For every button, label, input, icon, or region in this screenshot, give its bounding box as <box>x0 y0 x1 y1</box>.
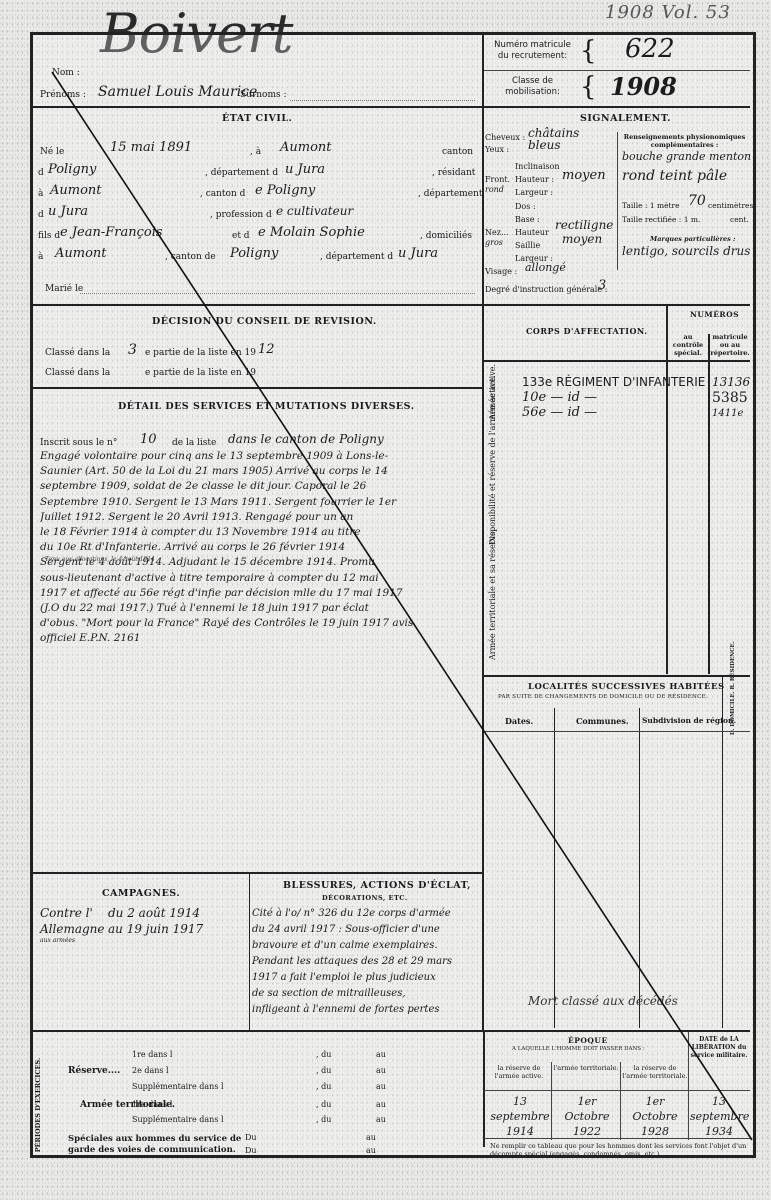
front-label: Front. <box>485 175 510 184</box>
corps-bottom-divider <box>484 675 750 677</box>
nez-item: Saillie <box>515 239 565 252</box>
du-label: , du <box>316 1066 331 1075</box>
services-divider <box>32 872 483 874</box>
service-line: sous-lieutenant d'active à titre tempora… <box>40 571 480 586</box>
classe-row2-label-b: e partie de la liste en 19 <box>145 368 256 378</box>
visage-label: Visage : <box>485 267 517 276</box>
blessure-line: Cité à l'o/ n° 326 du 12e corps d'armée <box>252 906 477 922</box>
nom-label: Nom : <box>52 68 80 78</box>
taille-label: Taille : 1 mètre <box>622 201 680 210</box>
residence-dept-value: u Jura <box>48 204 88 219</box>
etat-civil-divider <box>32 304 483 306</box>
canton-label: canton <box>442 147 473 157</box>
epoque-subtitle: A LAQUELLE L'HOMME DOIT PASSER DANS : <box>512 1046 645 1052</box>
inscrit-value: 10 <box>140 432 157 447</box>
canton-d-label: , canton d <box>200 189 245 199</box>
au-label: au <box>376 1082 386 1091</box>
front-sub: rond <box>485 185 504 194</box>
service-line: Juillet 1912. Sergent le 20 Avril 1913. … <box>40 510 480 525</box>
matricule-label: Numéro matricule du recrutement: <box>490 40 575 62</box>
blessures-title: BLESSURES, ACTIONS D'ÉCLAT, <box>283 880 471 891</box>
localites-header-divider <box>484 731 750 732</box>
periode-row: Du <box>245 1146 257 1155</box>
bottom-divider <box>32 1030 750 1032</box>
departement-d-label: , département d <box>320 252 393 262</box>
service-line: d'obus. "Mort pour la France" Rayé des C… <box>40 616 480 631</box>
service-line: Septembre 1910. Sergent le 13 Mars 1911.… <box>40 495 480 510</box>
residence-value: Aumont <box>50 183 102 198</box>
au-label: au <box>376 1115 386 1124</box>
matricule-row: 13136 <box>712 375 750 389</box>
fils-de-label: fils d <box>38 231 60 241</box>
classe-value: 1908 <box>610 72 677 101</box>
taille-rectifiee-unit: cent. <box>730 215 749 224</box>
residence-canton-value: e Poligny <box>255 183 315 198</box>
front-item: Largeur : <box>515 186 565 199</box>
father-value: e Jean-François <box>60 225 163 240</box>
epoque-bottom-divider <box>484 1138 750 1139</box>
epoque-val3: 1er Octobre 1928 <box>624 1094 686 1139</box>
birthplace-value: Aumont <box>280 140 332 155</box>
localites-col-communes: Communes. <box>576 716 629 726</box>
complementaires-value-1: bouche grande menton <box>622 150 751 163</box>
epoque-val4: 13 septembre 1934 <box>690 1094 748 1139</box>
matricule-row: 1411e <box>712 408 743 419</box>
campagnes-divider <box>249 874 250 1030</box>
marie-line <box>80 293 475 294</box>
campagne-line: Contre l' <box>40 906 93 920</box>
blessure-line: 1917 a fait l'emploi le plus judicieux <box>252 970 477 986</box>
epoque-col-divider <box>620 1062 621 1140</box>
epoque-note: Ne remplir ce tableau que pour les homme… <box>490 1142 748 1158</box>
territoriale-label: Armée territoriale et sa réserve. <box>488 550 497 660</box>
au-label: au <box>376 1050 386 1059</box>
header-divider <box>32 106 750 108</box>
epoque-col-divider <box>551 1062 552 1140</box>
epoque-title: ÉPOQUE <box>568 1036 608 1045</box>
service-line: Engagé volontaire pour cinq ans le 13 se… <box>40 449 480 464</box>
profession-label: , profession d <box>210 210 272 220</box>
au-label: au <box>366 1146 376 1155</box>
signalement-divider <box>617 132 618 270</box>
classe-row2-label: Classé dans la <box>45 368 110 378</box>
service-line: (J.O du 22 mai 1917.) Tué à l'ennemi le … <box>40 601 480 616</box>
localites-side-col: D. DOMICILE. R. RÉSIDENCE. <box>730 680 736 735</box>
col-controle: au contrôle spécial. <box>668 333 708 357</box>
conseil-title: DÉCISION DU CONSEIL DE REVISION. <box>152 316 377 327</box>
services-text: Engagé volontaire pour cinq ans le 13 se… <box>40 449 480 647</box>
service-line: officiel E.P.N. 2161 <box>40 631 480 646</box>
localites-title: LOCALITÉS SUCCESSIVES HABITÉES <box>528 682 725 692</box>
signalement-title: SIGNALEMENT. <box>580 113 671 124</box>
marques-value: lentigo, sourcils drus <box>622 244 750 258</box>
periodes-side-label: PÉRIODES D'EXERCICES. <box>34 1050 42 1160</box>
complementaires-label: Renseignements physionomiques complément… <box>622 133 747 149</box>
blessure-line: de sa section de mitrailleuses, <box>252 986 477 1002</box>
column-divider <box>482 34 484 1030</box>
blessure-line: bravoure et d'un calme exemplaires. <box>252 938 477 954</box>
cheveux-label: Cheveux : <box>485 133 525 142</box>
liste-label: de la liste <box>172 438 216 448</box>
periode-row: 2e dans l <box>132 1066 169 1075</box>
marie-label: Marié le <box>45 284 83 294</box>
periode-row: Supplémentaire dans l <box>132 1082 224 1091</box>
epoque-col-divider <box>688 1032 689 1140</box>
campagne-line: aux armées <box>40 937 75 944</box>
service-line: Saunier (Art. 50 de la Loi du 21 mars 19… <box>40 464 480 479</box>
service-line: le 18 Février 1914 à compter du 13 Novem… <box>40 525 480 540</box>
archive-reference: 1908 Vol. 53 <box>605 2 731 23</box>
blessures-subtitle: DÉCORATIONS, ETC. <box>322 894 408 902</box>
front-value: moyen <box>562 168 606 183</box>
service-line: 1917 et affecté au 56e régt d'infie par … <box>40 586 480 601</box>
domicilies-label: , domiciliés <box>420 231 472 241</box>
corps-divider-2 <box>708 334 710 674</box>
periode-row: Supplémentaire dans l <box>132 1115 224 1124</box>
liberation-title: DATE de LA LIBÉRATION du service militai… <box>690 1036 748 1060</box>
domicile-value: Aumont <box>55 246 107 261</box>
ne-le-label: Né le <box>40 147 64 157</box>
taille-rectifiee-label: Taille rectifiée : 1 m. <box>622 215 700 224</box>
corps-row: 133e RÉGIMENT D'INFANTERIE <box>522 375 705 389</box>
birth-dept-value: u Jura <box>285 162 325 177</box>
surnoms-line <box>290 100 475 101</box>
residant-label: , résidant <box>432 168 475 178</box>
periode-row: 1re dans l <box>132 1050 172 1059</box>
visage-value: allongé <box>525 261 566 274</box>
campagne-line: Allemagne <box>40 922 105 936</box>
service-line: septembre 1909, soldat de 2e classe le d… <box>40 479 480 494</box>
epoque-val2: 1er Octobre 1922 <box>556 1094 618 1139</box>
epoque-col1: la réserve de l'armée active. <box>488 1064 550 1080</box>
campagnes-title: CAMPAGNES. <box>102 888 180 899</box>
localites-col-divider <box>554 708 555 1028</box>
surnoms-label: Surnoms : <box>240 90 287 100</box>
services-title: DÉTAIL DES SERVICES ET MUTATIONS DIVERSE… <box>118 401 415 412</box>
localites-col-divider <box>639 708 640 1028</box>
etat-civil-title: ÉTAT CIVIL. <box>222 113 292 124</box>
localites-subtitle: PAR SUITE DE CHANGEMENTS DE DOMICILE OU … <box>498 694 708 700</box>
nez-saillie-value: moyen <box>562 232 602 246</box>
yeux-value: bleus <box>528 138 561 152</box>
epoque-col2: l'armée territoriale. <box>553 1064 619 1072</box>
classe-row1-partie: 3 <box>128 342 137 358</box>
nez-item: Dos : <box>515 200 565 213</box>
domicile-canton-value: Poligny <box>230 246 278 261</box>
taille-unit: centimètres. <box>708 201 756 210</box>
localites-col-subdivision: Subdivision de région. <box>642 716 736 725</box>
service-interline-note: Tenu aux allocations, le 4 août 1914 <box>45 556 155 563</box>
service-line-first: dans le canton de Poligny <box>228 432 384 446</box>
signalement-bottom-divider <box>484 304 750 306</box>
au-label: au <box>376 1100 386 1109</box>
matricule-divider <box>484 70 750 71</box>
nez-items: Dos : Base : Hauteur Saillie Largeur : <box>515 200 565 265</box>
campagne-line: au 19 juin 1917 <box>108 922 203 936</box>
classe-label: Classe de mobilisation: <box>490 76 575 98</box>
instruction-label: Degré d'instruction générale : <box>485 285 607 294</box>
matricule-row: 5385 <box>712 390 748 406</box>
epoque-header-divider <box>484 1090 750 1091</box>
epoque-col3: la réserve de l'armée territoriale. <box>622 1064 688 1080</box>
du-label: , du <box>316 1050 331 1059</box>
blessure-line: Pendant les attaques des 28 et 29 mars <box>252 954 477 970</box>
profession-value: e cultivateur <box>276 204 353 218</box>
yeux-label: Yeux : <box>485 145 509 154</box>
canton-de-label: , canton de <box>165 252 216 262</box>
service-line: du 10e Rt d'Infanterie. Arrivé au corps … <box>40 540 480 555</box>
campagne-line: du 2 août 1914 <box>108 906 200 920</box>
front-items: Inclinaison Hauteur : Largeur : <box>515 160 565 199</box>
birth-date-value: 15 mai 1891 <box>110 140 192 155</box>
speciales-label: Spéciales aux hommes du service de garde… <box>68 1134 243 1156</box>
departement-label: , département d <box>205 168 278 178</box>
complementaires-value-2: rond teint pâle <box>622 168 727 184</box>
epoque-val1: 13 septembre 1914 <box>490 1094 550 1139</box>
localites-note: Mort classé aux décédés <box>528 994 678 1008</box>
classe-row1-year: 12 <box>258 342 275 357</box>
departement2-label: , département <box>418 189 482 199</box>
matricule-value: 622 <box>625 34 675 64</box>
nez-base-value: rectiligne <box>555 218 613 232</box>
prenoms-value: Samuel Louis Maurice <box>98 84 257 100</box>
blessure-line: infligeant à l'ennemi de fortes pertes <box>252 1002 477 1018</box>
et-de-label: et d <box>232 231 250 241</box>
au-label: au <box>376 1066 386 1075</box>
nez-label: Nez... <box>485 228 509 237</box>
nez-sub: gros <box>485 238 503 247</box>
taille-value: 70 <box>688 193 706 209</box>
du-label: , du <box>316 1100 331 1109</box>
conseil-divider <box>32 387 483 389</box>
inscrit-label: Inscrit sous le n° <box>40 438 117 448</box>
reserve-label: Réserve.... <box>68 1066 120 1076</box>
blessures-text: Cité à l'o/ n° 326 du 12e corps d'armée … <box>252 906 477 1018</box>
classe-row1-label-b: e partie de la liste en 19 <box>145 348 256 358</box>
prenoms-label: Prénoms : <box>40 90 86 100</box>
localites-col-divider <box>722 677 723 1028</box>
corps-title: CORPS D'AFFECTATION. <box>526 326 648 336</box>
disponibilite-label: Disponibilité et réserve de l'armée acti… <box>488 430 497 545</box>
mother-value: e Molain Sophie <box>258 225 365 240</box>
localites-col-dates: Dates. <box>505 716 533 726</box>
a-label: , à <box>250 147 261 157</box>
corps-header-divider <box>484 360 750 362</box>
au-label: au <box>366 1133 376 1142</box>
du-label: , du <box>316 1082 331 1091</box>
front-item: Inclinaison <box>515 160 565 173</box>
corps-row: 10e — id — <box>522 390 597 405</box>
classe-row1-label: Classé dans la <box>45 348 110 358</box>
birth-canton-value: Poligny <box>48 162 96 177</box>
marques-label: Marques particulières : <box>650 235 735 243</box>
corps-row: 56e — id — <box>522 405 597 420</box>
col-matricule: matricule ou au répertoire. <box>710 333 750 357</box>
periode-row: Du <box>245 1133 257 1142</box>
blessure-line: du 24 avril 1917 : Sous-officier d'une <box>252 922 477 938</box>
domicile-dept-value: u Jura <box>398 246 438 261</box>
periode-row: 1re dans l <box>132 1100 172 1109</box>
du-label: , du <box>316 1115 331 1124</box>
instruction-value: 3 <box>598 278 606 293</box>
numeros-title: NUMÉROS <box>690 310 739 319</box>
front-item: Hauteur : <box>515 173 565 186</box>
